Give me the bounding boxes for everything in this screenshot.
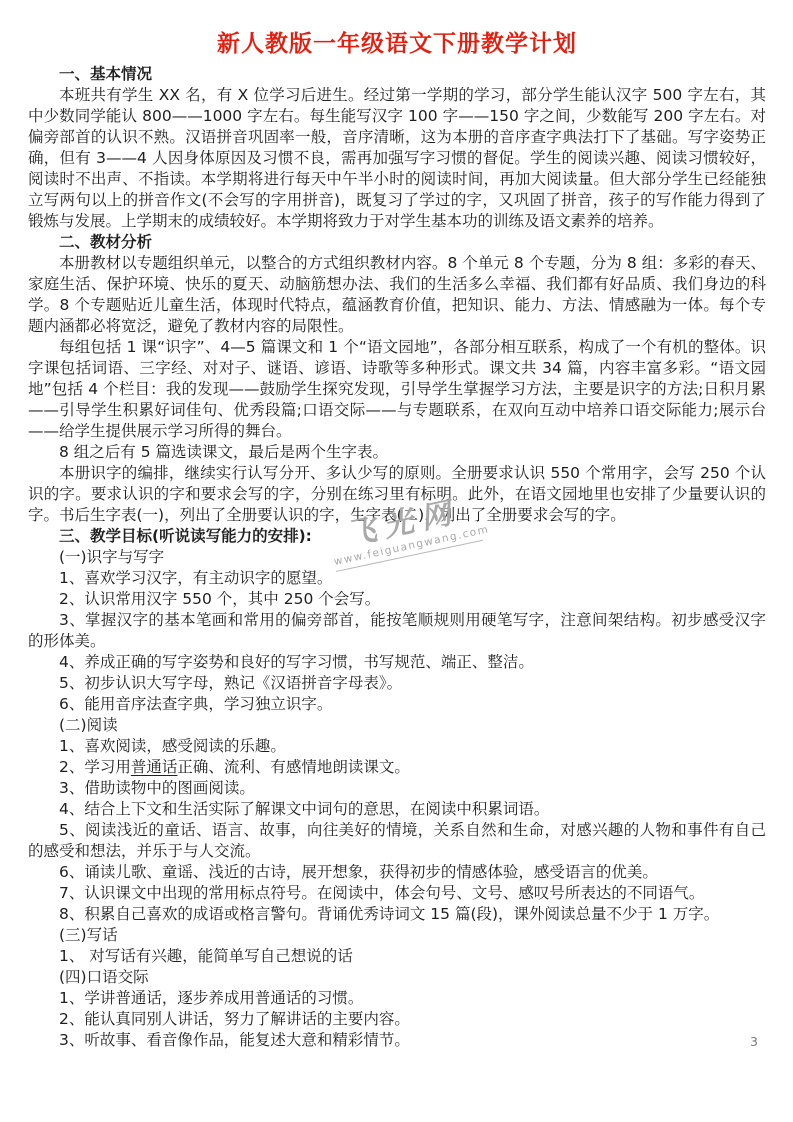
list-item: 4、结合上下文和生活实际了解课文中词句的意思，在阅读中积累词语。	[28, 799, 766, 820]
list-item: 1、喜欢阅读，感受阅读的乐趣。	[28, 736, 766, 757]
list-item: 5、阅读浅近的童话、语言、故事，向往美好的情境，关系自然和生命，对感兴趣的人物和…	[28, 820, 766, 862]
section-heading: 二、教材分析	[28, 232, 766, 253]
paragraph: 本册识字的编排，继续实行认写分开、多认少写的原则。全册要求认识 550 个常用字…	[28, 463, 766, 526]
sub-heading: (三)写话	[28, 925, 766, 946]
list-item: 6、能用音序法查字典，学习独立识字。	[28, 694, 766, 715]
sub-heading: (四)口语交际	[28, 967, 766, 988]
sub-heading: (二)阅读	[28, 715, 766, 736]
list-item: 2、能认真同别人讲话，努力了解讲话的主要内容。	[28, 1009, 766, 1030]
document-content: 新人教版一年级语文下册教学计划 一、基本情况本班共有学生 XX 名，有 X 位学…	[28, 31, 766, 1051]
list-item: 3、听故事、看音像作品，能复述大意和精彩情节。	[28, 1030, 766, 1051]
list-item: 6、诵读儿歌、童谣、浅近的古诗，展开想象，获得初步的情感体验，感受语言的优美。	[28, 862, 766, 883]
paragraph: 8 组之后有 5 篇选读课文，最后是两个生字表。	[28, 442, 766, 463]
list-item: 3、借助读物中的图画阅读。	[28, 778, 766, 799]
list-item: 2、学习用普通话正确、流利、有感情地朗读课文。	[28, 757, 766, 778]
paragraph: 每组包括 1 课“识字”、4—5 篇课文和 1 个“语文园地”，各部分相互联系，…	[28, 337, 766, 442]
list-item: 8、积累自己喜欢的成语或格言警句。背诵优秀诗词文 15 篇(段)，课外阅读总量不…	[28, 904, 766, 925]
list-item: 1、喜欢学习汉字，有主动识字的愿望。	[28, 568, 766, 589]
paragraph: 本班共有学生 XX 名，有 X 位学习后进生。经过第一学期的学习，部分学生能认汉…	[28, 85, 766, 232]
document-title: 新人教版一年级语文下册教学计划	[28, 31, 766, 58]
list-item: 1、 对写话有兴趣，能简单写自己想说的话	[28, 946, 766, 967]
document-page: 新人教版一年级语文下册教学计划 一、基本情况本班共有学生 XX 名，有 X 位学…	[0, 0, 793, 1122]
list-item: 5、初步认识大写字母，熟记《汉语拼音字母表》。	[28, 673, 766, 694]
paragraph: 本册教材以专题组织单元，以整合的方式组织教材内容。8 个单元 8 个专题，分为 …	[28, 253, 766, 337]
document-body: 一、基本情况本班共有学生 XX 名，有 X 位学习后进生。经过第一学期的学习，部…	[28, 64, 766, 1051]
sub-heading: (一)识字与写字	[28, 547, 766, 568]
text-segment: 正确、流利、有感情地朗读课文。	[177, 758, 410, 776]
section-heading: 一、基本情况	[28, 64, 766, 85]
list-item: 7、认识课文中出现的常用标点符号。在阅读中，体会句号、文号、感叹号所表达的不同语…	[28, 883, 766, 904]
list-item: 1、学讲普通话，逐步养成用普通话的习惯。	[28, 988, 766, 1009]
list-item: 2、认识常用汉字 550 个，其中 250 个会写。	[28, 589, 766, 610]
list-item: 4、养成正确的写字姿势和良好的写字习惯，书写规范、端正、整洁。	[28, 652, 766, 673]
page-number: 3	[750, 1034, 758, 1050]
underlined-term: 普通话	[131, 758, 178, 776]
text-segment: 2、学习用	[59, 758, 131, 776]
list-item: 3、掌握汉字的基本笔画和常用的偏旁部首，能按笔顺规则用硬笔写字，注意间架结构。初…	[28, 610, 766, 652]
section-heading: 三、教学目标(听说读写能力的安排):	[28, 526, 766, 547]
